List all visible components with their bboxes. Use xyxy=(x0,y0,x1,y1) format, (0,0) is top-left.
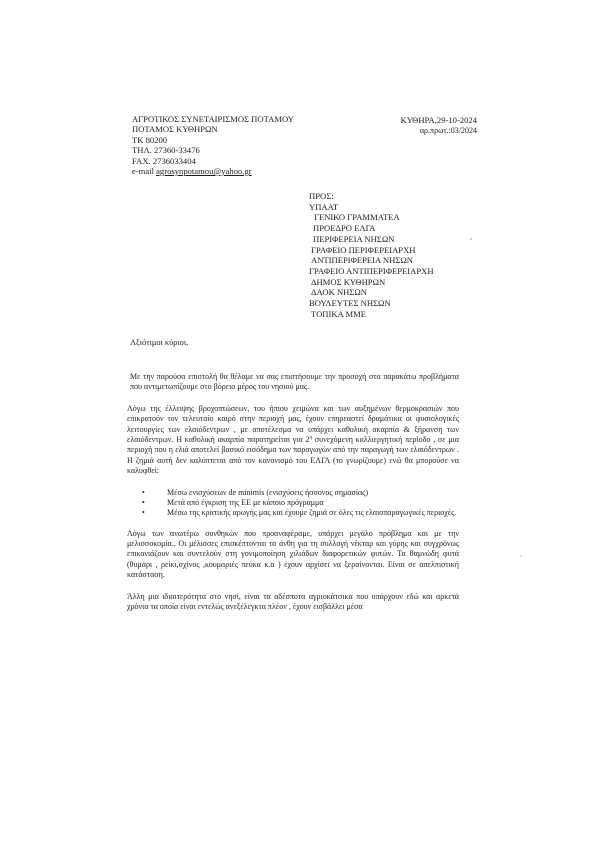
sender-email-line: e-mail agrosynpotamou@yahoo.gr xyxy=(132,166,294,176)
paragraph-beekeeping: Λόγω των ανωτέρω συνθηκών που προαναφέρα… xyxy=(127,529,459,581)
recipient: ΠΕΡΙΦΕΡΕΙΑ ΝΗΣΩΝ xyxy=(309,234,434,245)
letter-date: ΚΥΘΗΡΑ,29-10-2024 xyxy=(362,115,477,126)
sender-email-link[interactable]: agrosynpotamou@yahoo.gr xyxy=(156,166,252,176)
coverage-options-list: Μέσω ενισχύσεων de minimis (ενισχύσεις ή… xyxy=(127,488,459,518)
recipient: ΓΡΑΦΕΙΟ ΠΕΡΙΦΕΡΕΙΑΡΧΗ xyxy=(309,245,434,256)
letter-page: ΑΓΡΟΤΙΚΟΣ ΣΥΝΕΤΑΙΡΙΣΜΟΣ ΠΟΤΑΜΟΥ ΠΟΤΑΜΟΣ … xyxy=(0,0,595,842)
sender-organization: ΑΓΡΟΤΙΚΟΣ ΣΥΝΕΤΑΙΡΙΣΜΟΣ ΠΟΤΑΜΟΥ xyxy=(132,114,294,124)
sender-fax: FAX. 2736033404 xyxy=(132,156,294,166)
list-item: Μετά από έγκριση της ΕΕ με κάποιο πρόγρα… xyxy=(167,498,459,508)
recipient: ΥΠΑΑΤ xyxy=(309,202,434,213)
date-block: ΚΥΘΗΡΑ,29-10-2024 αρ.πρωτ.:03/2024 xyxy=(362,115,477,137)
recipient: ΔΑΟΚ ΝΗΣΩΝ xyxy=(309,287,434,298)
recipient: ΤΟΠΙΚΑ ΜΜΕ xyxy=(309,309,434,320)
recipient: ΓΕΝΙΚΟ ΓΡΑΜΜΑΤΕΑ xyxy=(309,212,434,223)
paragraph-drought: Λόγω της έλλειψης βροχοπτώσεων, του ήπιο… xyxy=(127,404,459,477)
paragraph-goats: Άλλη μια ιδιαιτερότητα στο νησί, είναι τ… xyxy=(127,592,459,613)
scan-speck xyxy=(470,238,472,240)
recipient: ΠΡΟΕΔΡΟ ΕΛΓΑ xyxy=(309,223,434,234)
paragraph-intro: Με την παρούσα επιστολή θα θέλαμε να σας… xyxy=(127,372,459,393)
recipient: ΑΝΤΙΠΕΡΙΦΕΡΕΙΑ ΝΗΣΩΝ xyxy=(309,255,434,266)
protocol-number: αρ.πρωτ.:03/2024 xyxy=(362,126,477,137)
recipients-block: ΠΡΟΣ: ΥΠΑΑΤ ΓΕΝΙΚΟ ΓΡΑΜΜΑΤΕΑ ΠΡΟΕΔΡΟ ΕΛΓ… xyxy=(309,191,434,319)
sender-location: ΠΟΤΑΜΟΣ ΚΥΘΗΡΩΝ xyxy=(132,124,294,134)
scan-speck xyxy=(520,555,522,557)
sender-email-label: e-mail xyxy=(132,166,156,176)
list-item: Μέσω ενισχύσεων de minimis (ενισχύσεις ή… xyxy=(167,488,459,498)
recipient: ΓΡΑΦΕΙΟ ΑΝΤΙΠΕΡΙΦΕΡΕΙΑΡΧΗ xyxy=(309,266,434,277)
sender-phone: ΤΗΛ. 27360-33476 xyxy=(132,145,294,155)
recipients-heading: ΠΡΟΣ: xyxy=(309,191,434,202)
letter-body: Με την παρούσα επιστολή θα θέλαμε να σας… xyxy=(127,372,459,624)
list-item: Μέσω της κρατικής αρωγής μας και έχουμε … xyxy=(167,508,459,518)
salutation: Αξιότιμοι κύριοι, xyxy=(130,338,188,348)
sender-block: ΑΓΡΟΤΙΚΟΣ ΣΥΝΕΤΑΙΡΙΣΜΟΣ ΠΟΤΑΜΟΥ ΠΟΤΑΜΟΣ … xyxy=(132,114,294,176)
recipient: ΒΟΥΛΕΥΤΕΣ ΝΗΣΩΝ xyxy=(309,298,434,309)
recipient: ΔΗΜΟΣ ΚΥΘΗΡΩΝ xyxy=(309,277,434,288)
sender-postal-code: ΤΚ 80200 xyxy=(132,135,294,145)
